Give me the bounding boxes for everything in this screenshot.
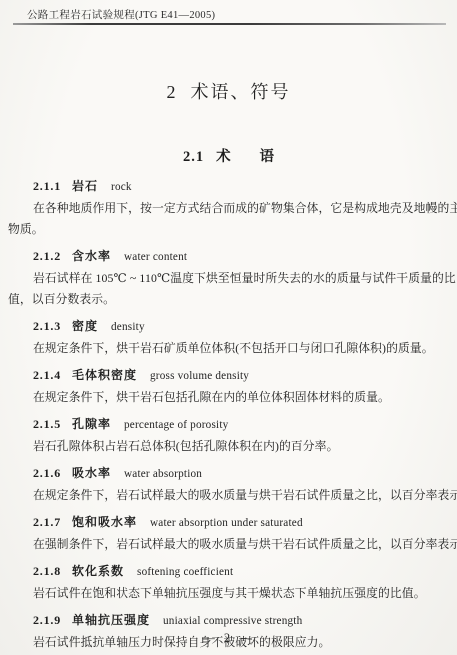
term-entry: 2.1.4毛体积密度gross volume density 在规定条件下，烘干… <box>8 365 449 408</box>
term-name-zh: 单轴抗压强度 <box>72 613 150 627</box>
term-name-en: water content <box>124 251 187 263</box>
term-name-en: percentage of porosity <box>124 419 228 431</box>
term-name-zh: 密度 <box>72 319 98 333</box>
term-name-zh: 含水率 <box>72 249 111 263</box>
term-name-zh: 软化系数 <box>72 564 124 578</box>
term-number: 2.1.9 <box>33 613 61 627</box>
terms-list: 2.1.1岩石rock 在各种地质作用下，按一定方式结合而成的矿物集合体，它是构… <box>8 170 449 653</box>
term-number: 2.1.8 <box>33 564 61 578</box>
term-heading: 2.1.6吸水率water absorption <box>8 463 449 485</box>
term-number: 2.1.5 <box>33 417 61 431</box>
header-rule <box>13 23 446 25</box>
term-name-en: water absorption under saturated <box>150 517 303 529</box>
running-header: 公路工程岩石试验规程(JTG E41—2005) <box>27 7 215 22</box>
term-number: 2.1.2 <box>33 249 61 263</box>
term-name-en: rock <box>111 181 132 193</box>
chapter-title-text: 术语、符号 <box>191 82 291 102</box>
document-page: 公路工程岩石试验规程(JTG E41—2005) 2术语、符号 2.1术 语 2… <box>0 0 457 655</box>
term-definition-line: 值，以百分数表示。 <box>8 289 449 310</box>
term-definition-line: 岩石试样在 105℃ ~ 110℃温度下烘至恒量时所失去的水的质量与试件干质量的… <box>8 268 449 289</box>
term-name-zh: 毛体积密度 <box>72 368 137 382</box>
chapter-number: 2 <box>167 82 176 102</box>
term-heading: 2.1.2含水率water content <box>8 246 449 268</box>
term-heading: 2.1.7饱和吸水率water absorption under saturat… <box>8 512 449 534</box>
section-title: 2.1术 语 <box>0 145 457 166</box>
term-number: 2.1.6 <box>33 466 61 480</box>
term-name-zh: 岩石 <box>72 179 98 193</box>
term-heading: 2.1.5孔隙率percentage of porosity <box>8 414 449 436</box>
term-definition-line: 在各种地质作用下，按一定方式结合而成的矿物集合体，它是构成地壳及地幔的主要 <box>8 198 449 219</box>
term-entry: 2.1.6吸水率water absorption 在规定条件下，岩石试样最大的吸… <box>8 463 449 506</box>
section-title-text: 术 语 <box>216 149 274 165</box>
term-name-zh: 吸水率 <box>72 466 111 480</box>
term-number: 2.1.4 <box>33 368 61 382</box>
term-definition-line: 在强制条件下，岩石试样最大的吸水质量与烘干岩石试件质量之比，以百分率表示。 <box>8 534 449 555</box>
term-name-en: water absorption <box>124 468 202 480</box>
term-name-en: uniaxial compressive strength <box>163 615 302 627</box>
section-number: 2.1 <box>183 149 204 165</box>
term-definition-line: 物质。 <box>8 219 449 240</box>
term-name-zh: 饱和吸水率 <box>72 515 137 529</box>
term-heading: 2.1.1岩石rock <box>8 176 449 198</box>
term-definition-line: 在规定条件下，烘干岩石矿质单位体积(不包括开口与闭口孔隙体积)的质量。 <box>8 338 449 359</box>
term-definition-line: 岩石孔隙体积占岩石总体积(包括孔隙体积在内)的百分率。 <box>8 436 449 457</box>
term-entry: 2.1.7饱和吸水率water absorption under saturat… <box>8 512 449 555</box>
term-entry: 2.1.2含水率water content 岩石试样在 105℃ ~ 110℃温… <box>8 246 449 310</box>
term-heading: 2.1.4毛体积密度gross volume density <box>8 365 449 387</box>
term-entry: 2.1.8软化系数softening coefficient 岩石试件在饱和状态… <box>8 561 449 604</box>
term-name-zh: 孔隙率 <box>72 417 111 431</box>
chapter-title: 2术语、符号 <box>0 78 457 104</box>
term-number: 2.1.3 <box>33 319 61 333</box>
term-heading: 2.1.3密度density <box>8 316 449 338</box>
term-name-en: density <box>111 321 145 333</box>
term-name-en: gross volume density <box>150 370 249 382</box>
term-definition-line: 在规定条件下，岩石试样最大的吸水质量与烘干岩石试件质量之比，以百分率表示。 <box>8 485 449 506</box>
term-number: 2.1.7 <box>33 515 61 529</box>
term-heading: 2.1.9单轴抗压强度uniaxial compressive strength <box>8 610 449 632</box>
term-entry: 2.1.1岩石rock 在各种地质作用下，按一定方式结合而成的矿物集合体，它是构… <box>8 176 449 240</box>
term-entry: 2.1.5孔隙率percentage of porosity 岩石孔隙体积占岩石… <box>8 414 449 457</box>
term-entry: 2.1.3密度density 在规定条件下，烘干岩石矿质单位体积(不包括开口与闭… <box>8 316 449 359</box>
page-number: — 2 — <box>0 631 457 646</box>
term-definition-line: 在规定条件下，烘干岩石包括孔隙在内的单位体积固体材料的质量。 <box>8 387 449 408</box>
term-number: 2.1.1 <box>33 179 61 193</box>
term-name-en: softening coefficient <box>137 566 233 578</box>
term-definition-line: 岩石试件在饱和状态下单轴抗压强度与其干燥状态下单轴抗压强度的比值。 <box>8 583 449 604</box>
term-heading: 2.1.8软化系数softening coefficient <box>8 561 449 583</box>
